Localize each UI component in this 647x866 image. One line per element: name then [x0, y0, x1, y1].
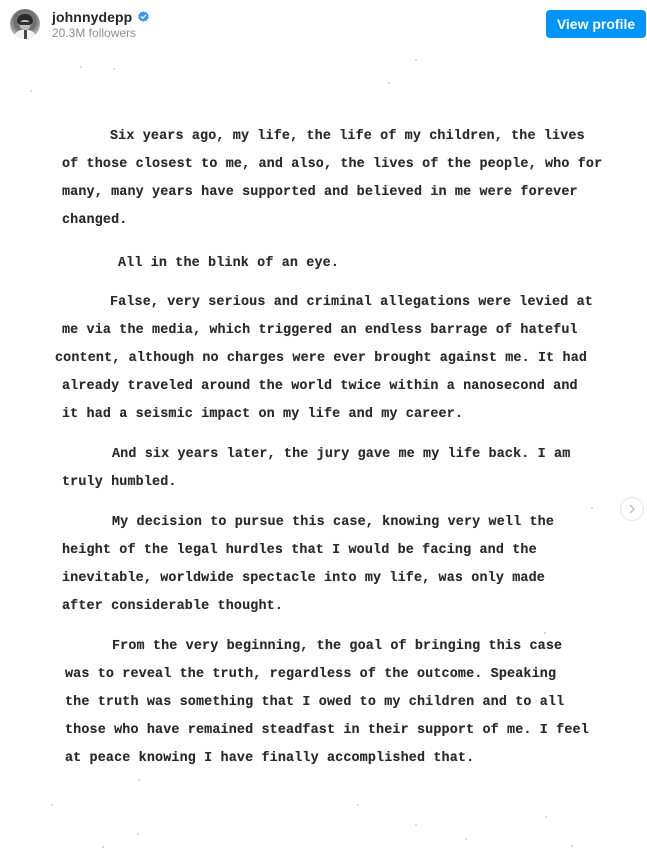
letter-line: False, very serious and criminal allegat…: [110, 295, 593, 310]
username-link[interactable]: johnnydepp: [52, 9, 132, 25]
letter-line: of those closest to me, and also, the li…: [62, 157, 602, 172]
letter-line: And six years later, the jury gave me my…: [112, 447, 570, 462]
paper-speck: [465, 838, 467, 840]
letter-line: content, although no charges were ever b…: [55, 351, 587, 366]
paper-speck: [113, 68, 115, 70]
letter-line: My decision to pursue this case, knowing…: [112, 515, 554, 530]
paper-speck: [571, 845, 573, 847]
letter-line: All in the blink of an eye.: [118, 256, 339, 271]
letter-line: height of the legal hurdles that I would…: [62, 543, 537, 558]
paper-speck: [415, 59, 417, 61]
letter-line: those who have remained steadfast in the…: [65, 723, 589, 738]
letter-line: inevitable, worldwide spectacle into my …: [62, 571, 545, 586]
followers-count: 20.3M followers: [52, 26, 150, 40]
letter-line: many, many years have supported and beli…: [62, 185, 578, 200]
paper-speck: [388, 82, 390, 84]
verified-badge-icon: [137, 10, 150, 23]
paper-speck: [102, 846, 104, 848]
letter-line: From the very beginning, the goal of bri…: [112, 639, 562, 654]
letter-line: changed.: [62, 213, 128, 228]
letter-line: was to reveal the truth, regardless of t…: [65, 667, 556, 682]
paper-speck: [30, 90, 32, 92]
post-image[interactable]: Six years ago, my life, the life of my c…: [0, 48, 647, 866]
letter-line: the truth was something that I owed to m…: [65, 695, 564, 710]
letter-line: me via the media, which triggered an end…: [62, 323, 578, 338]
paper-speck: [80, 66, 82, 68]
chevron-right-icon: [627, 504, 637, 514]
next-slide-button[interactable]: [620, 497, 644, 521]
view-profile-button[interactable]: View profile: [546, 10, 646, 38]
avatar-glasses: [20, 22, 30, 25]
paper-speck: [357, 804, 359, 806]
avatar-tie: [24, 30, 27, 39]
letter-line: truly humbled.: [62, 475, 177, 490]
paper-speck: [544, 632, 546, 634]
letter-line: Six years ago, my life, the life of my c…: [110, 129, 585, 144]
letter-line: at peace knowing I have finally accompli…: [65, 751, 474, 766]
letter-line: it had a seismic impact on my life and m…: [62, 407, 463, 422]
paper-speck: [591, 507, 593, 509]
paper-speck: [138, 779, 140, 781]
paper-speck: [51, 804, 53, 806]
post-header: johnnydepp 20.3M followers View profile: [0, 0, 647, 48]
username-row: johnnydepp: [52, 8, 150, 25]
paper-speck: [137, 833, 139, 835]
avatar[interactable]: [10, 9, 40, 39]
paper-speck: [545, 816, 547, 818]
user-block: johnnydepp 20.3M followers: [52, 8, 150, 40]
letter-line: already traveled around the world twice …: [62, 379, 578, 394]
letter-line: after considerable thought.: [62, 599, 283, 614]
paper-speck: [415, 824, 417, 826]
